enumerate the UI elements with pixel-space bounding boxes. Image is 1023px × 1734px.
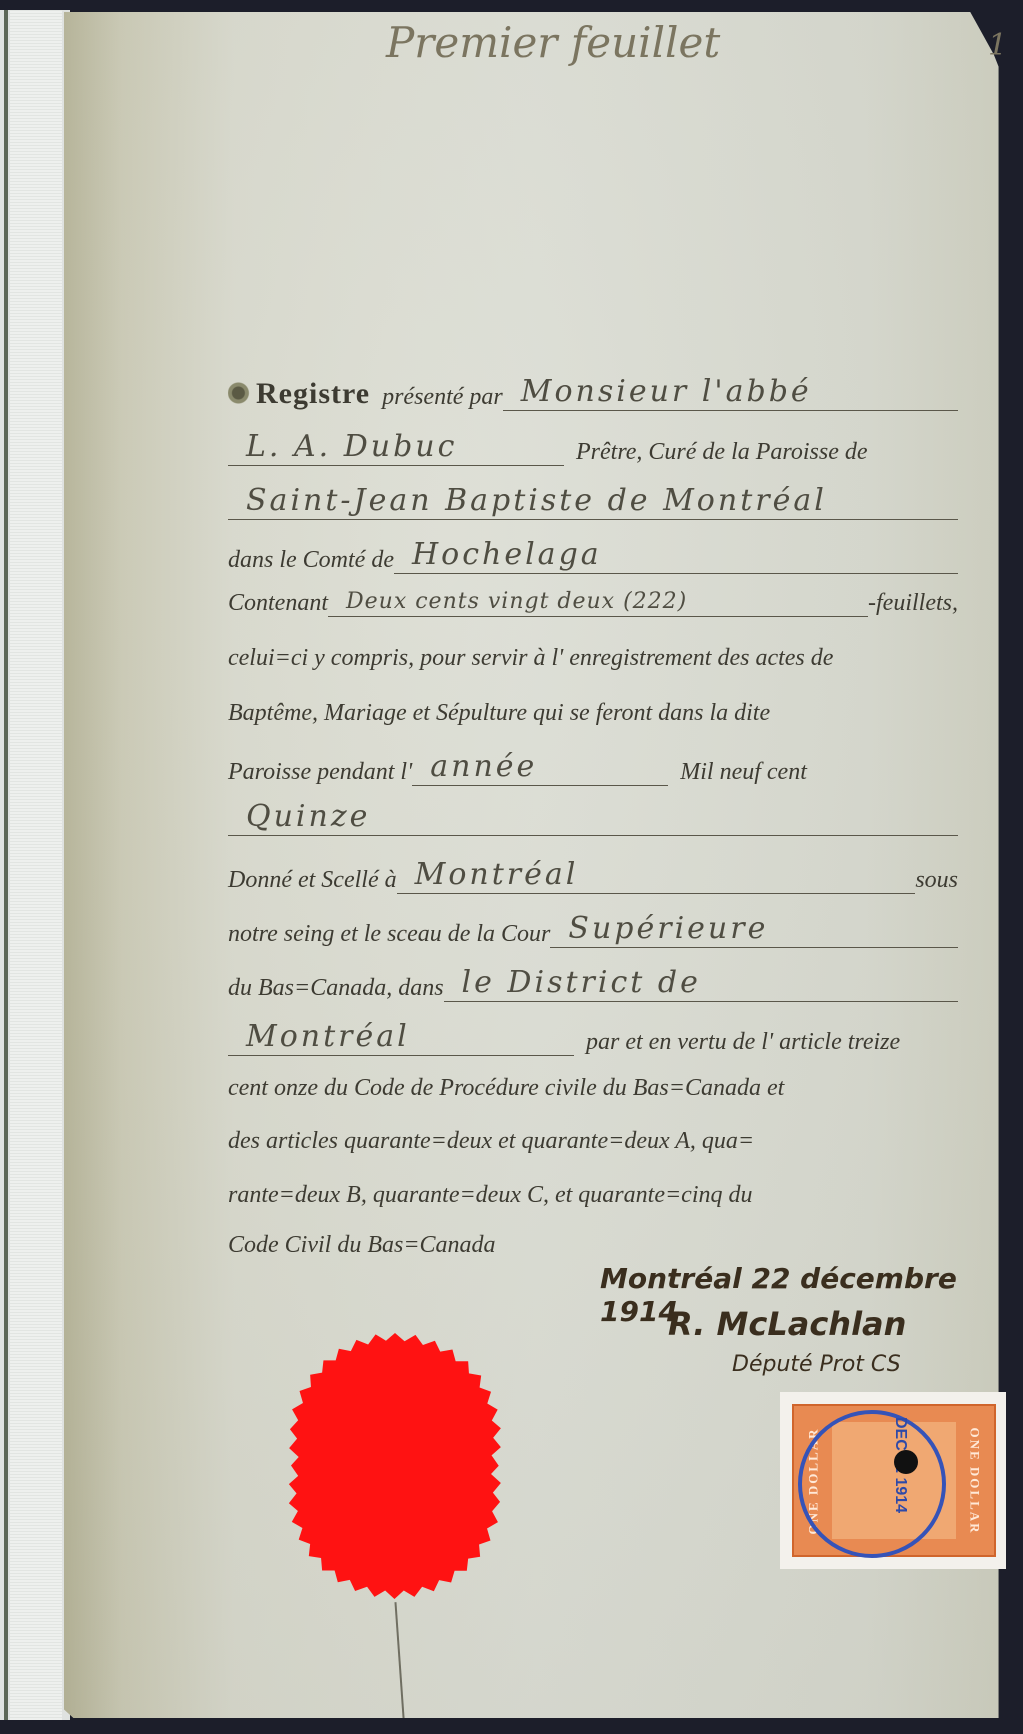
printed-text: cent onze du Code de Procédure civile du… [228,1075,784,1102]
line-code-procedure: cent onze du Code de Procédure civile du… [228,1075,958,1102]
fill-year-word: année [412,750,668,786]
line-presented-by: Registre présenté par Monsieur l'abbé [228,375,958,411]
printed-text: présenté par [382,384,503,411]
line-county: dans le Comté de Hochelaga [228,538,958,574]
fill-parish-name: Saint-Jean Baptiste de Montréal [228,484,958,520]
printed-text: des articles quarante=deux et quarante=d… [228,1128,754,1155]
line-district: du Bas=Canada, dans le District de [228,966,958,1002]
signature-name: R. McLachlan [668,1305,906,1343]
line-court: notre seing et le sceau de la Cour Supér… [228,912,958,948]
printed-text: rante=deux B, quarante=deux C, et quaran… [228,1182,752,1209]
line-parish: Saint-Jean Baptiste de Montréal [228,484,958,520]
printed-text: notre seing et le sceau de la Cour [228,921,550,948]
line-purpose: celui=ci y compris, pour servir à l' enr… [228,645,958,672]
line-priest: L. A. Dubuc Prêtre, Curé de la Paroisse … [228,430,958,466]
line-articles-cont: rante=deux B, quarante=deux C, et quaran… [228,1182,958,1209]
printed-text: par et en vertu de l' article treize [586,1029,900,1056]
line-year-label: Paroisse pendant l' année Mil neuf cent [228,750,958,786]
fill-county: Hochelaga [394,538,958,574]
printed-text: celui=ci y compris, pour servir à l' enr… [228,645,833,672]
printed-text: Contenant [228,590,328,617]
printed-text: Mil neuf cent [680,759,807,786]
fill-court: Supérieure [550,912,958,948]
line-containing: Contenant Deux cents vingt deux (222) -f… [228,590,958,617]
punch-hole [894,1450,918,1474]
title-registre: Registre [256,377,370,411]
fill-year-value: Quinze [228,800,958,836]
printed-text: -feuillets, [868,590,958,617]
book-binding [0,10,70,1720]
line-given-sealed: Donné et Scellé à Montréal sous [228,858,958,894]
printed-text: Donné et Scellé à [228,867,397,894]
fill-sheet-count: Deux cents vingt deux (222) [328,590,868,617]
binding-strip [4,10,8,1720]
printed-text: Paroisse pendant l' [228,759,412,786]
binding-cloth [10,10,62,1720]
printed-text: sous [915,867,958,894]
law-stamp: ONE DOLLAR ONE DOLLAR DEC 22 1914 [780,1392,1006,1569]
printed-text: Code Civil du Bas=Canada [228,1232,496,1259]
fill-district: le District de [444,966,958,1002]
fill-presenter: Monsieur l'abbé [503,375,958,411]
printed-text: Prêtre, Curé de la Paroisse de [576,439,868,466]
line-district-name: Montréal par et en vertu de l' article t… [228,1020,958,1056]
page-tear [394,1602,405,1732]
stamp-denomination-right: ONE DOLLAR [966,1427,982,1534]
ornament-icon [228,375,254,411]
printed-text: du Bas=Canada, dans [228,975,444,1002]
folio-heading: Premier feuillet [386,18,720,67]
fill-district-name: Montréal [228,1020,574,1056]
stamp-cancellation-circle [798,1410,946,1558]
signature-title: Député Prot CS [732,1352,901,1377]
line-acts: Baptême, Mariage et Sépulture qui se fer… [228,700,958,727]
line-articles: des articles quarante=deux et quarante=d… [228,1128,958,1155]
fill-place: Montréal [397,858,916,894]
fill-priest-name: L. A. Dubuc [228,430,564,466]
folio-page-number: 1 [988,28,1007,63]
printed-text: Baptême, Mariage et Sépulture qui se fer… [228,700,770,727]
line-year-value: Quinze [228,800,958,836]
printed-text: dans le Comté de [228,547,394,574]
line-civil-code: Code Civil du Bas=Canada [228,1232,958,1259]
